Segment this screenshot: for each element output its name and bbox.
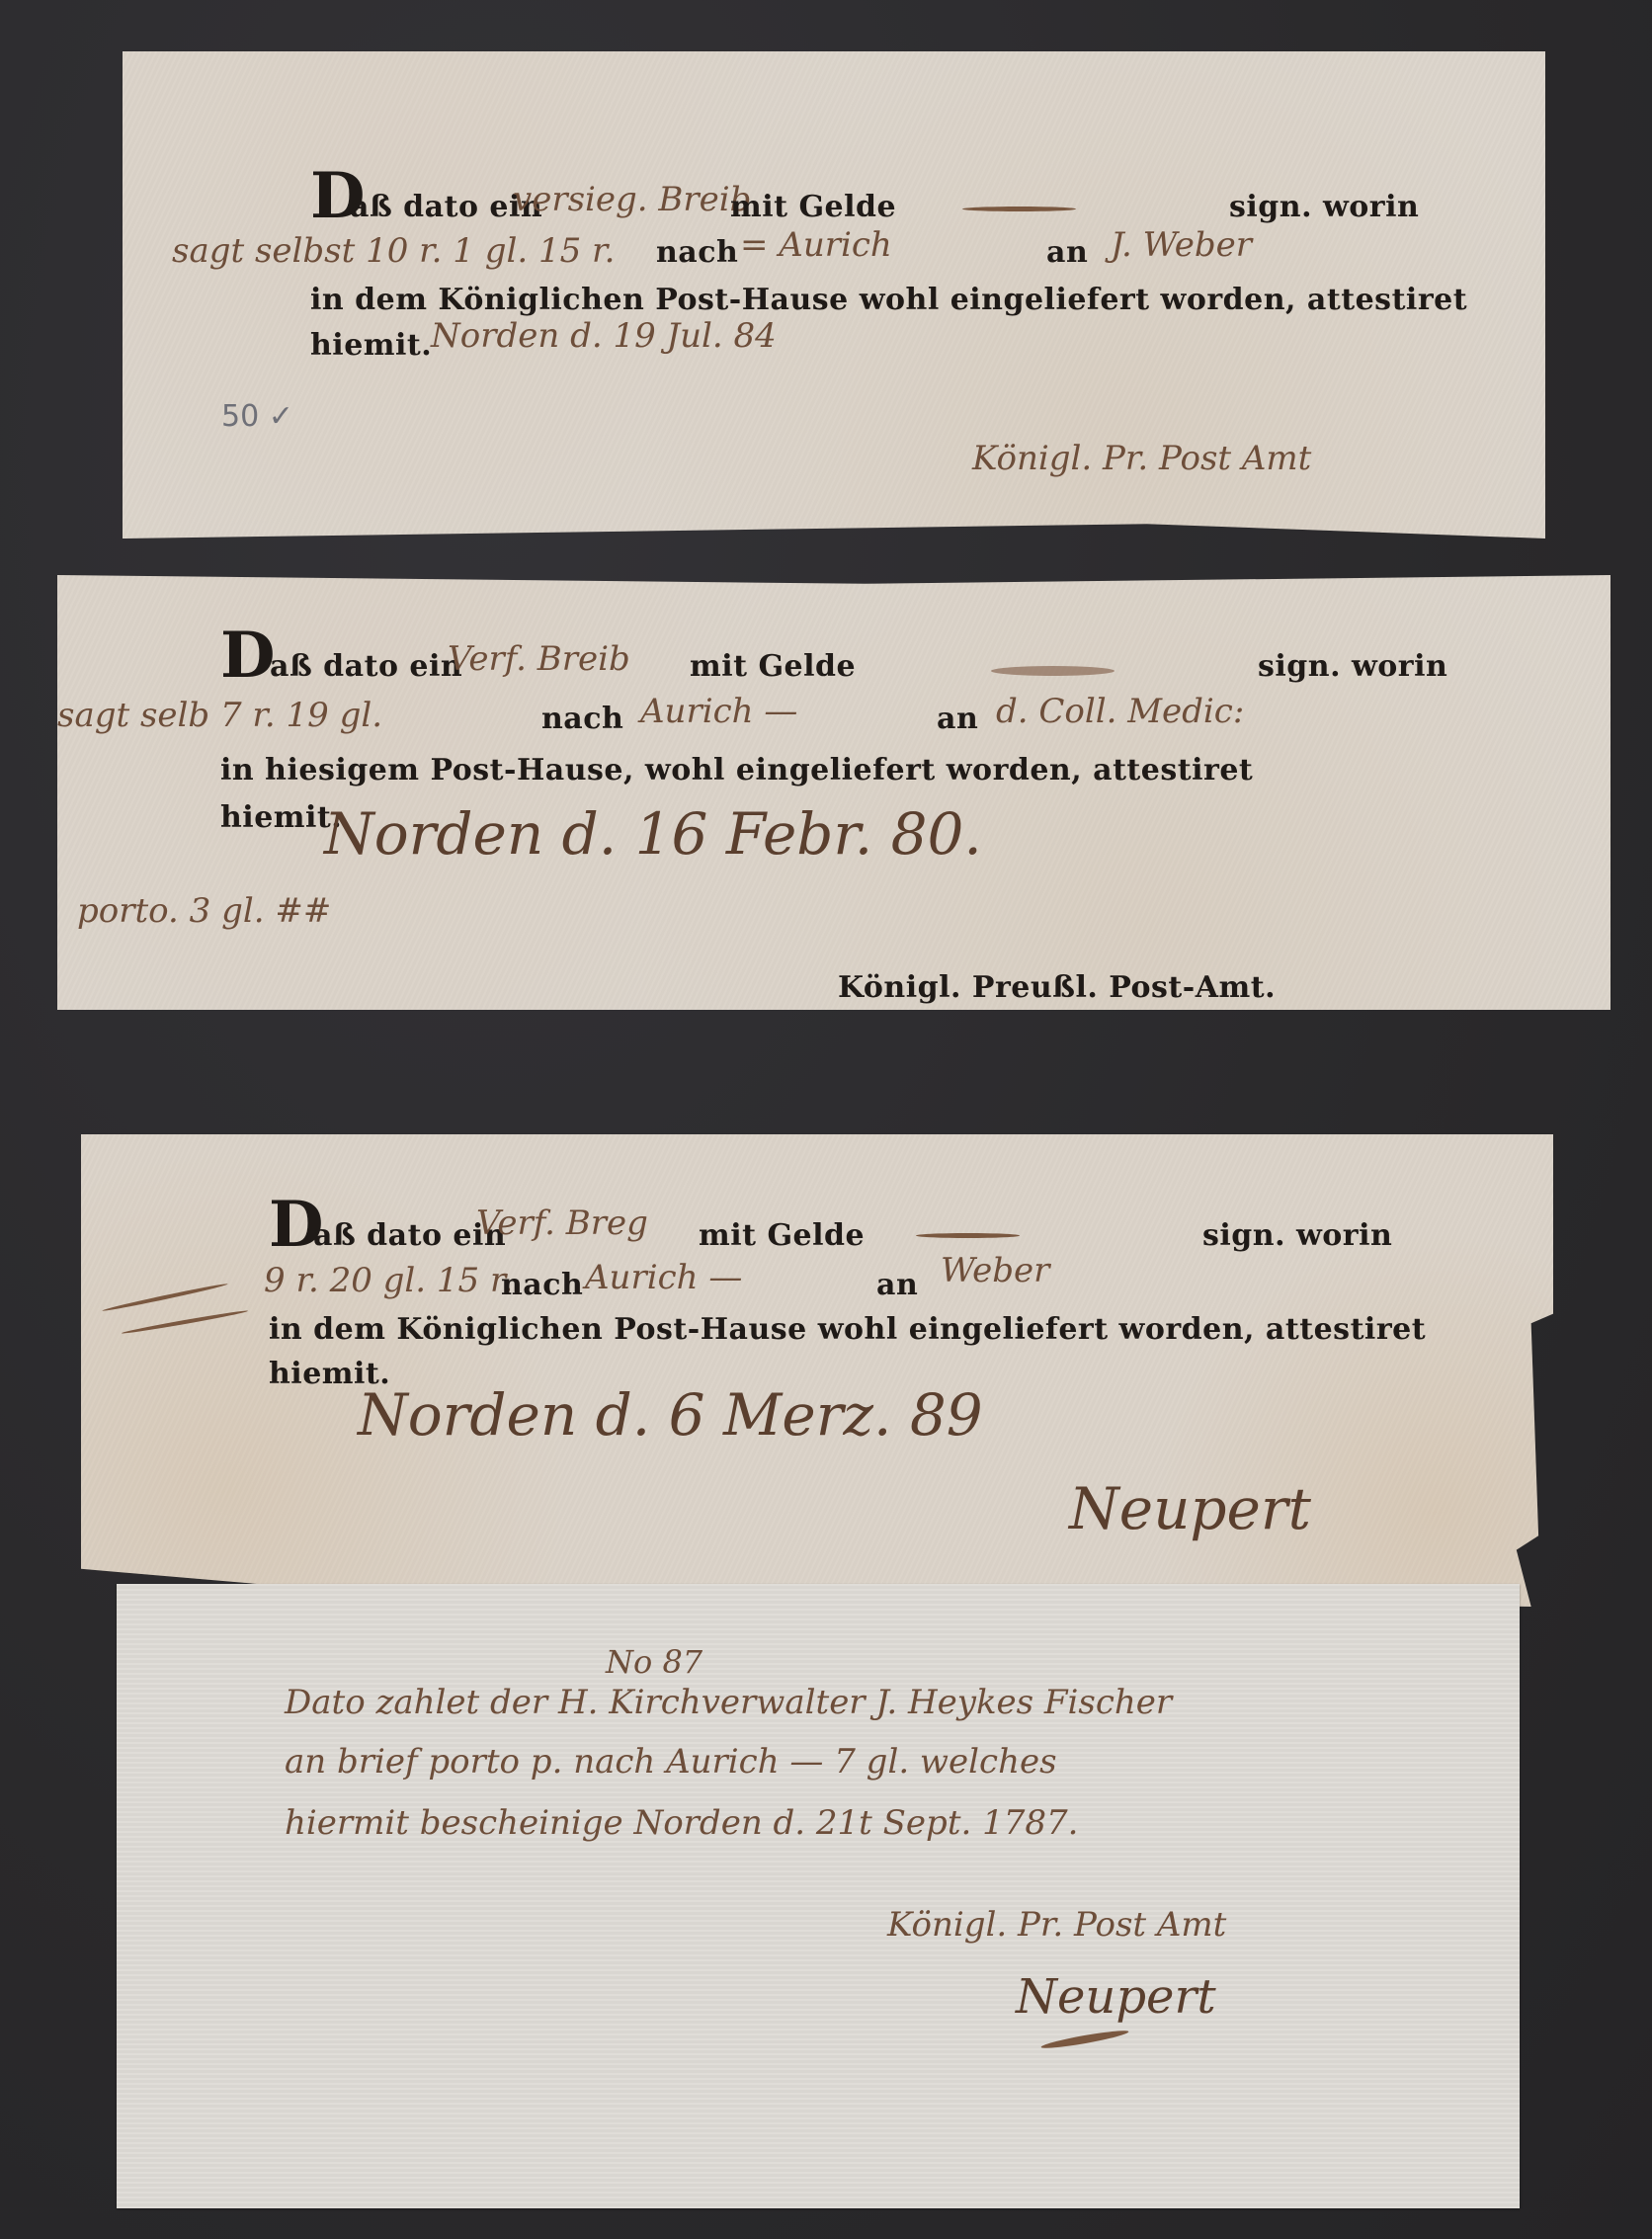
printed-text: an [937, 702, 978, 736]
receipt-1: D aß dato ein versieg. Breib mit Gelde s… [123, 51, 1545, 539]
printed-text: sign. worin [1258, 649, 1447, 684]
ink-flourish [122, 1309, 249, 1336]
ink-dash [916, 1233, 1020, 1238]
handwritten-destination: Aurich — [585, 1258, 742, 1297]
printed-text: an [876, 1268, 918, 1302]
handwritten-place-date: Norden d. 19 Jul. 84 [431, 316, 777, 356]
handwritten-item: versieg. Breib [513, 180, 751, 219]
printed-text: sign. worin [1202, 1218, 1392, 1253]
handwritten-line: Dato zahlet der H. Kirchverwalter J. Hey… [285, 1683, 1172, 1722]
handwritten-contents: sagt selbst 10 r. 1 gl. 15 r. [172, 231, 615, 271]
handwritten-place-date: Norden d. 16 Febr. 80. [324, 800, 982, 868]
printed-footer: Königl. Preußl. Post-Amt. [838, 970, 1276, 1005]
printed-text: nach [501, 1268, 583, 1302]
handwritten-recipient: Weber [941, 1251, 1049, 1290]
printed-text: mit Gelde [699, 1218, 865, 1253]
receipt-2: D aß dato ein Verf. Breib mit Gelde sign… [57, 575, 1611, 1010]
handwritten-recipient: d. Coll. Medic: [996, 692, 1244, 731]
printed-text: an [1046, 235, 1088, 270]
printed-text: in dem Königlichen Post-Hause wohl einge… [310, 283, 1467, 317]
printed-text: mit Gelde [690, 649, 856, 684]
printed-text: sign. worin [1229, 190, 1419, 224]
handwritten-item: Verf. Breib [448, 639, 630, 679]
signature: Neupert [1016, 1969, 1216, 2025]
handwritten-destination: = Aurich [740, 225, 892, 265]
printed-text: mit Gelde [730, 190, 896, 224]
handwritten-item: Verf. Breg [476, 1203, 648, 1243]
printed-text: hiemit. [310, 328, 432, 363]
printed-text: in hiesigem Post-Hause, wohl eingeliefer… [220, 753, 1253, 788]
ink-dash [962, 207, 1076, 211]
printed-initial: D [220, 624, 276, 688]
handwritten-contents: sagt selb 7 r. 19 gl. [57, 696, 382, 735]
office-signature: Königl. Pr. Post Amt [972, 439, 1311, 478]
printed-text: nach [656, 235, 738, 270]
handwritten-recipient: J. Weber [1111, 225, 1252, 265]
ink-smudge [991, 666, 1115, 676]
printed-text: in dem Königlichen Post-Hause wohl einge… [269, 1312, 1426, 1347]
receipt-3: D aß dato ein Verf. Breg mit Gelde sign.… [81, 1134, 1553, 1607]
ink-flourish [102, 1283, 228, 1313]
receipt-4: No 87 Dato zahlet der H. Kirchverwalter … [117, 1584, 1520, 2208]
office-signature: Königl. Pr. Post Amt [887, 1905, 1226, 1945]
handwritten-destination: Aurich — [640, 692, 797, 731]
handwritten-porto: porto. 3 gl. ## [77, 891, 331, 931]
handwritten-contents: 9 r. 20 gl. 15 r. [264, 1261, 513, 1300]
pencil-note: 50 ✓ [221, 399, 293, 434]
ink-flourish [1040, 2028, 1129, 2051]
printed-text: aß dato ein [270, 649, 462, 684]
handwritten-line: hiermit bescheinige Norden d. 21t Sept. … [285, 1803, 1078, 1843]
printed-text: nach [541, 702, 623, 736]
handwritten-place-date: Norden d. 6 Merz. 89 [358, 1381, 983, 1449]
handwritten-line: an brief porto p. nach Aurich — 7 gl. we… [285, 1742, 1057, 1782]
signature: Neupert [1069, 1475, 1311, 1542]
receipt-number: No 87 [606, 1643, 702, 1681]
